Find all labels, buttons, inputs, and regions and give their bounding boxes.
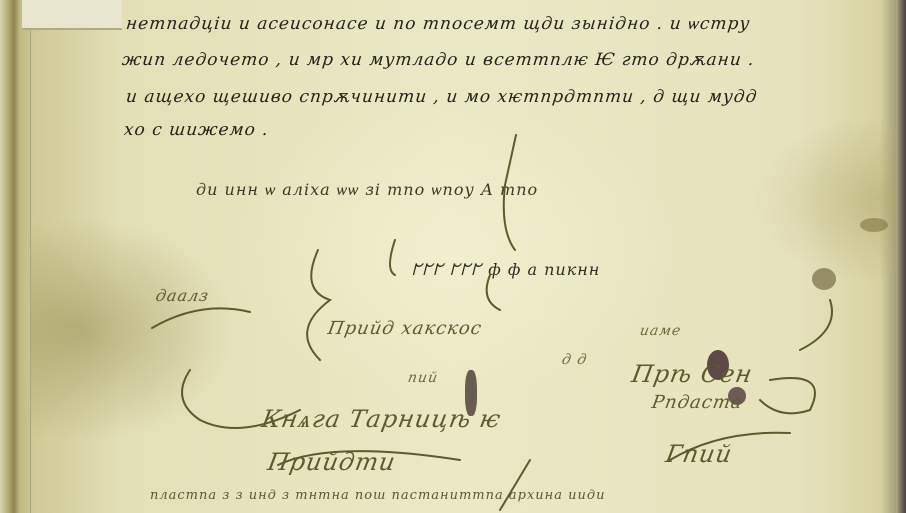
manuscript-page: нетпадціи и асеисонасе и по тпосемт щди … bbox=[0, 0, 906, 513]
signature-flourishes bbox=[0, 0, 906, 513]
